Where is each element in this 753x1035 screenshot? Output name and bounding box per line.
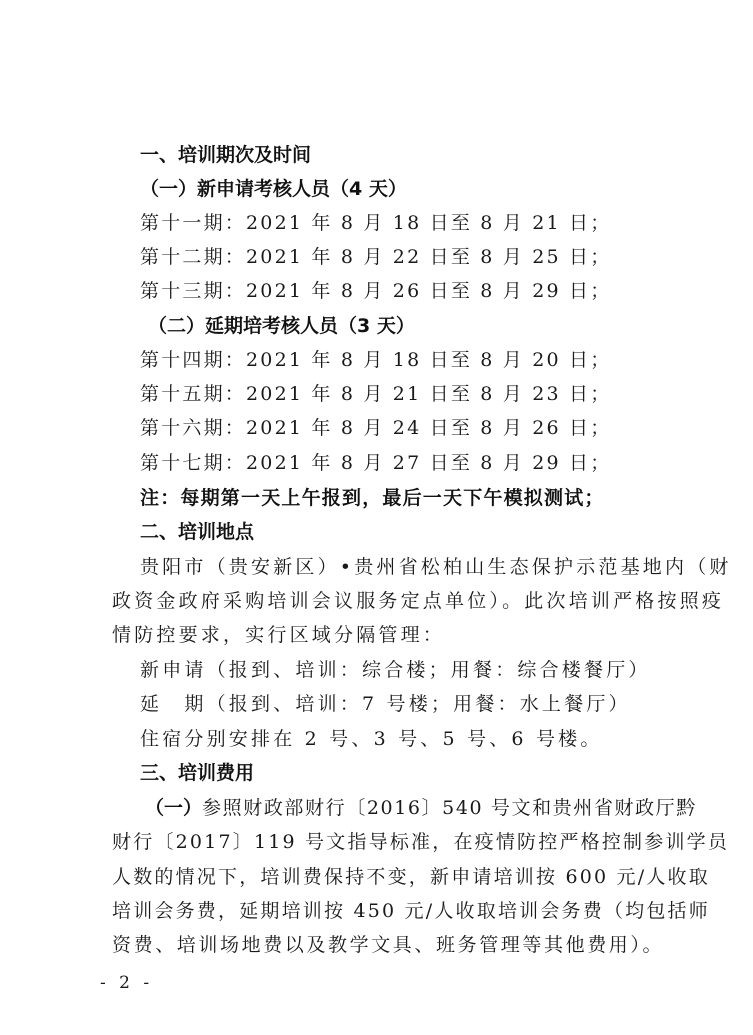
fee-item-text: 参照财政部财行〔2016〕540 号文和贵州省财政厅黔 — [202, 797, 697, 819]
page-number: - 2 - — [100, 973, 153, 993]
location-paragraph-line: 政资金政府采购培训会议服务定点单位）。此次培训严格按照疫 — [112, 589, 724, 613]
new-applicants-venue: 新申请（报到、培训：综合楼；用餐：综合楼餐厅） — [140, 658, 651, 682]
location-paragraph-line: 情防控要求，实行区域分隔管理： — [112, 623, 445, 647]
group-title-extension: （二）延期培考核人员（3 天） — [148, 314, 415, 338]
location-paragraph-line: 贵阳市（贵安新区）•贵州省松柏山生态保护示范基地内（财 — [140, 555, 732, 579]
section-heading-location: 二、培训地点 — [140, 520, 254, 544]
session-item: 第十一期：2021 年 8 月 18 日至 8 月 21 日； — [140, 211, 611, 235]
session-item: 第十六期：2021 年 8 月 24 日至 8 月 26 日； — [140, 416, 611, 440]
session-item: 第十七期：2021 年 8 月 27 日至 8 月 29 日； — [140, 451, 611, 475]
fee-paragraph-line: 培训会务费，延期培训按 450 元/人收取培训会务费（均包括师 — [112, 899, 710, 923]
fee-paragraph-line: 人数的情况下，培训费保持不变，新申请培训按 600 元/人收取 — [112, 865, 710, 889]
session-item: 第十二期：2021 年 8 月 22 日至 8 月 25 日； — [140, 245, 611, 269]
section-heading-fees: 三、培训费用 — [140, 761, 254, 785]
schedule-note: 注：每期第一天上午报到，最后一天下午模拟测试； — [140, 486, 605, 510]
lodging-info: 住宿分别安排在 2 号、3 号、5 号、6 号楼。 — [140, 727, 603, 751]
extension-venue: 延 期（报到、培训：7 号楼；用餐：水上餐厅） — [140, 692, 631, 716]
fee-item-label: （一） — [145, 797, 202, 819]
fee-paragraph-line: 资费、培训场地费以及教学文具、班务管理等其他费用）。 — [112, 933, 664, 957]
section-heading-schedule: 一、培训期次及时间 — [140, 143, 311, 167]
fee-item-1-first-line: （一）参照财政部财行〔2016〕540 号文和贵州省财政厅黔 — [145, 796, 697, 820]
session-item: 第十三期：2021 年 8 月 26 日至 8 月 29 日； — [140, 279, 611, 303]
group-title-new-applicants: （一）新申请考核人员（4 天） — [140, 177, 407, 201]
session-item: 第十五期：2021 年 8 月 21 日至 8 月 23 日； — [140, 382, 611, 406]
fee-paragraph-line: 财行〔2017〕119 号文指导标准，在疫情防控严格控制参训学员 — [112, 830, 729, 854]
session-item: 第十四期：2021 年 8 月 18 日至 8 月 20 日； — [140, 348, 611, 372]
